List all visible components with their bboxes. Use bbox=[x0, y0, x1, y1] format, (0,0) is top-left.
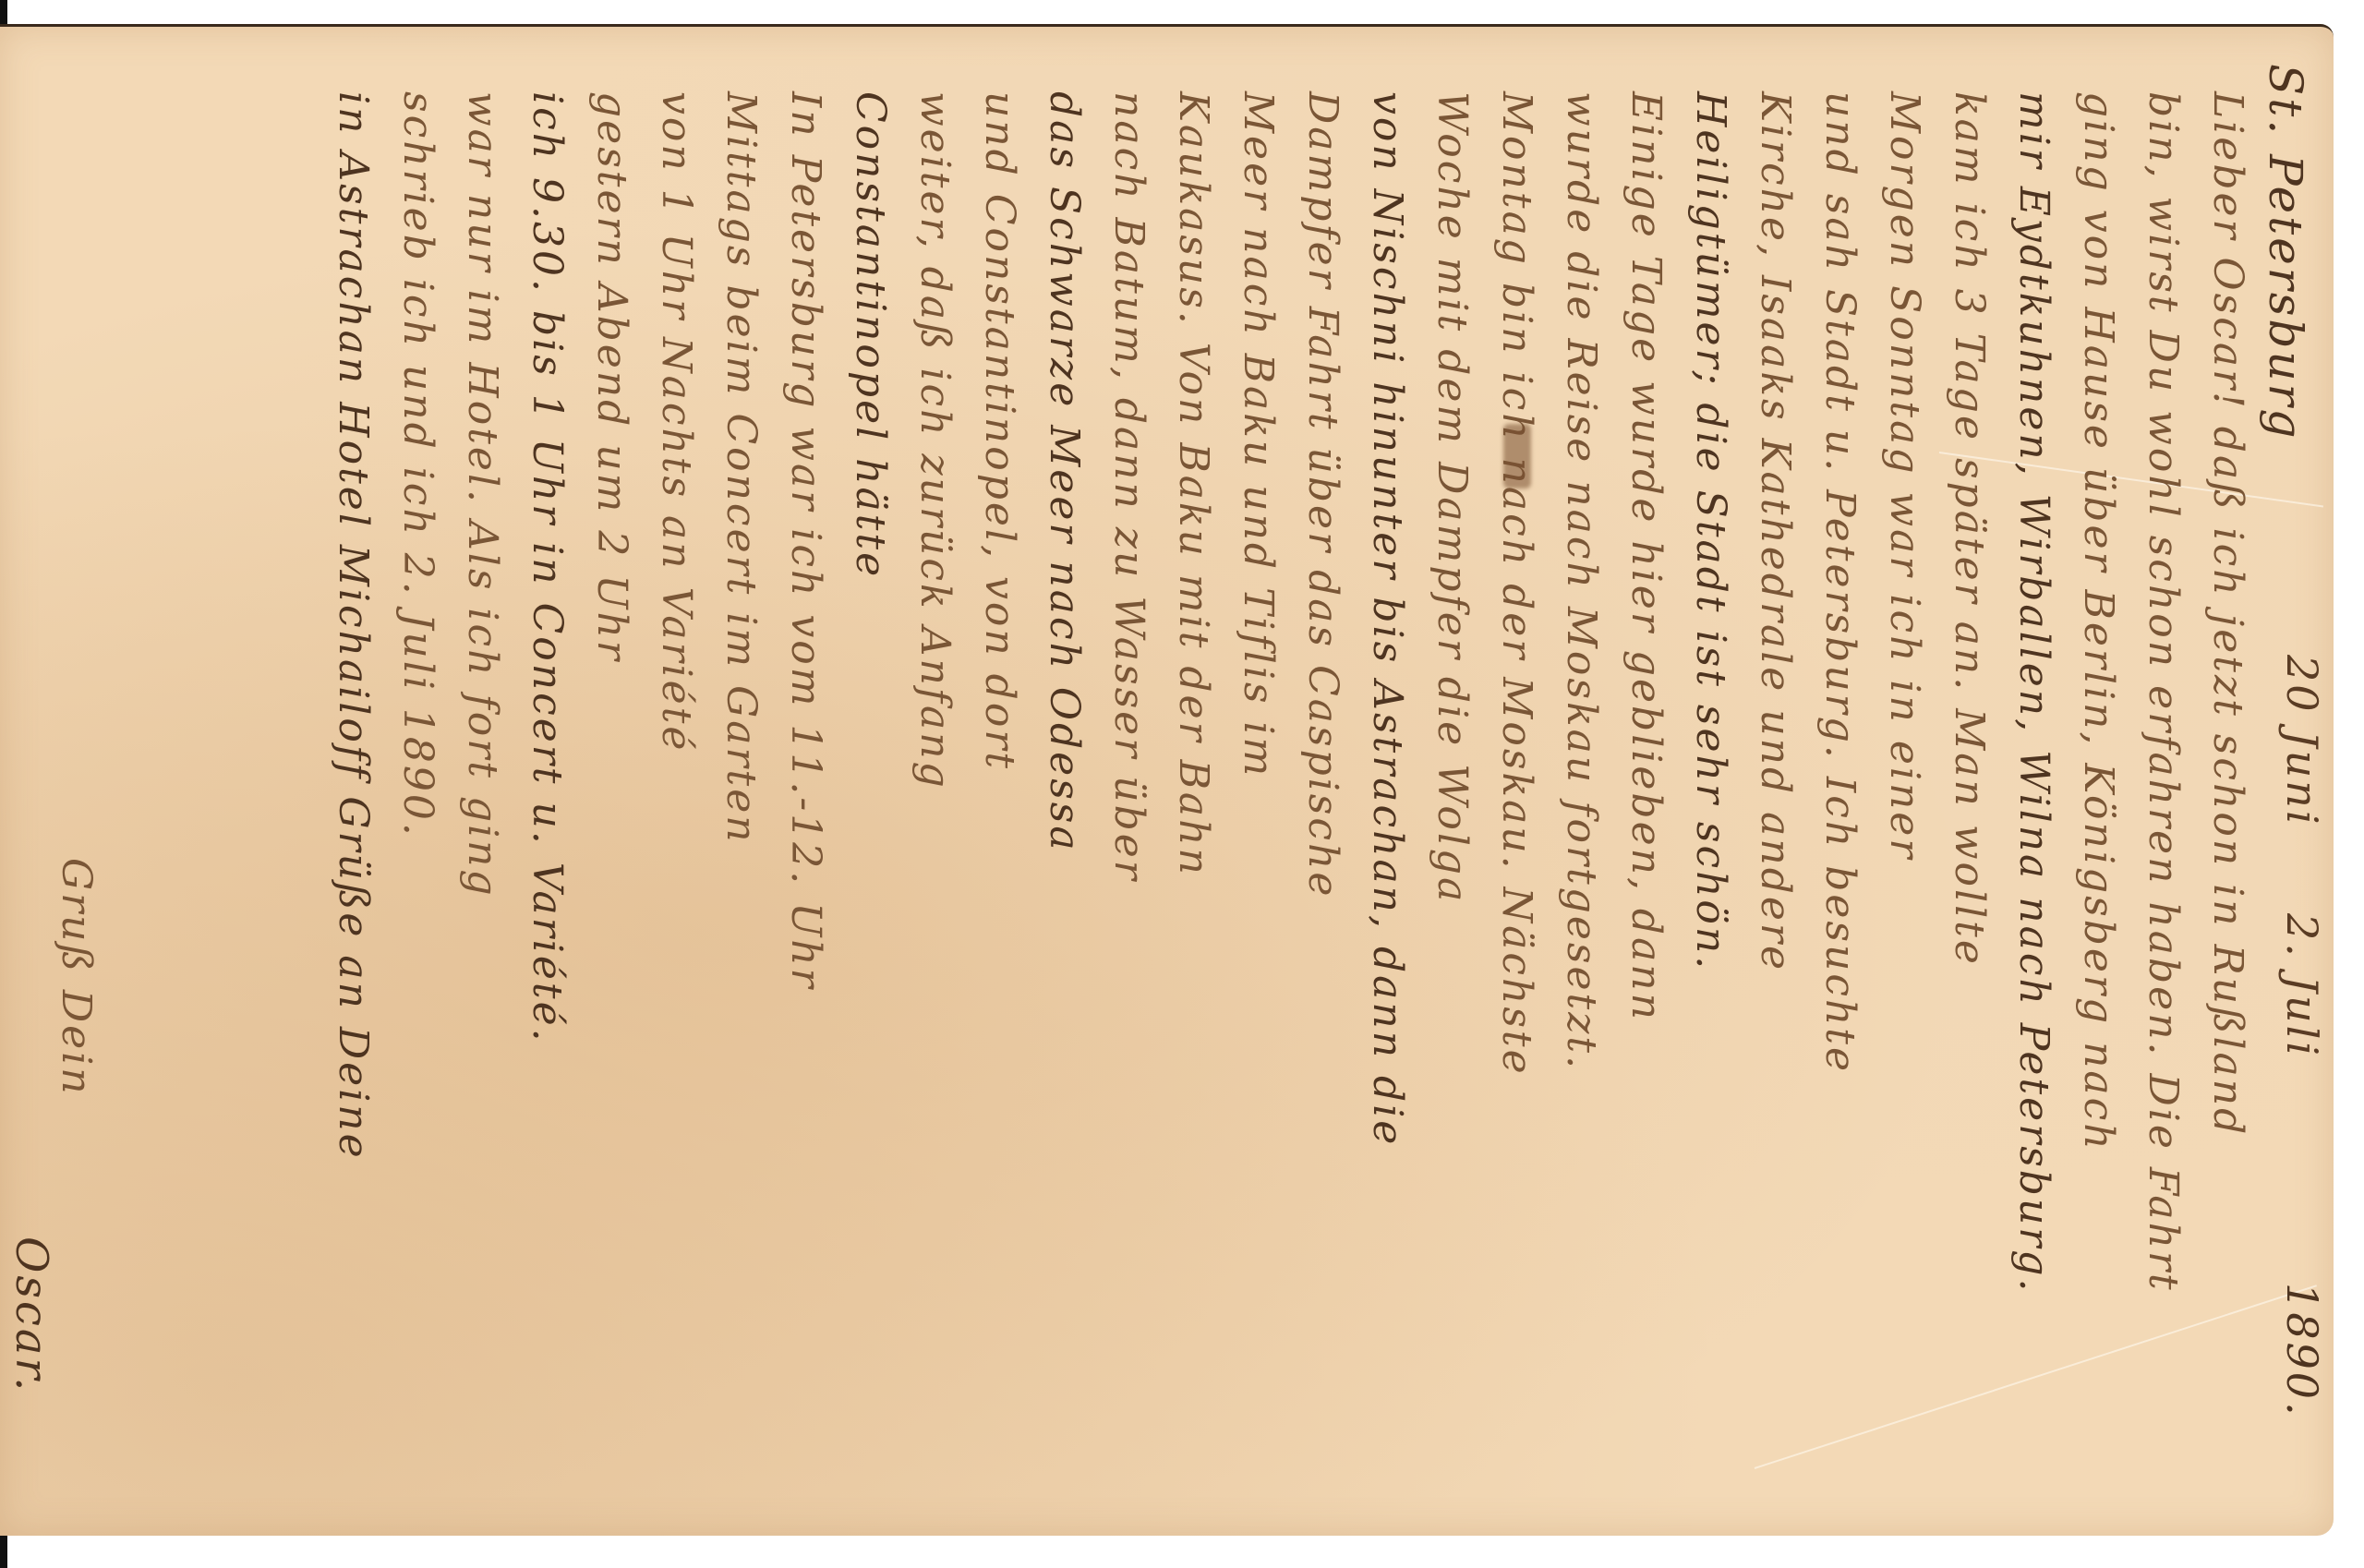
body-line: bin, wirst Du wohl schon erfahren haben.… bbox=[2142, 91, 2183, 1293]
body-line: von Nischni hinunter bis Astrachan, dann… bbox=[1367, 91, 1407, 1147]
body-line: ging von Hause über Berlin, Königsberg n… bbox=[2078, 91, 2118, 1152]
body-line: gestern Abend um 2 Uhr bbox=[591, 91, 632, 663]
closing-greeting: Gruß Dein bbox=[55, 858, 96, 1097]
date-new-style: 2. Juli bbox=[2277, 913, 2327, 1058]
body-line: Heiligtümer; die Stadt ist sehr schön. bbox=[1690, 91, 1731, 971]
body-line: Kirche, Isaaks Kathedrale und andere bbox=[1755, 91, 1795, 972]
body-line: mir Eydtkuhnen, Wirballen, Wilna nach Pe… bbox=[2013, 91, 2054, 1295]
body-line: Kaukasus. Von Baku mit der Bahn bbox=[1173, 91, 1213, 877]
paper-crease bbox=[1939, 452, 2323, 507]
postcard: St. Petersburg 20 Juni 2. Juli 1890. Lie… bbox=[0, 24, 2334, 1536]
body-line: war nur im Hotel. Als ich fort ging bbox=[462, 91, 502, 899]
body-line: und sah Stadt u. Petersburg. Ich besucht… bbox=[1819, 91, 1860, 1074]
body-line: schrieb ich und ich 2. Juli 1890. bbox=[397, 91, 438, 838]
body-line: wurde die Reise nach Moskau fortgesetzt. bbox=[1561, 91, 1601, 1071]
body-line: weiter, daß ich zurück Anfang bbox=[914, 91, 955, 790]
body-line: Morgen Sonntag war ich in einer bbox=[1884, 91, 1924, 861]
body-line: Lieber Oscar! daß ich jetzt schon in Ruß… bbox=[2207, 91, 2248, 1137]
paper-crease bbox=[1755, 1285, 2317, 1469]
header-year: 1890. bbox=[2281, 1283, 2323, 1418]
body-line: Meer nach Baku und Tiflis im bbox=[1237, 91, 1278, 778]
ink-smudge bbox=[1503, 424, 1531, 488]
body-line: In Petersburg war ich vom 11.-12. Uhr bbox=[785, 91, 826, 991]
place-text: St. Petersburg bbox=[2259, 64, 2312, 440]
header-place: St. Petersburg bbox=[2262, 64, 2309, 440]
signature: Oscar. bbox=[9, 1236, 54, 1393]
date-old-style: 20 Juni bbox=[2277, 655, 2327, 827]
body-line: nach Batum, dann zu Wasser über bbox=[1108, 91, 1149, 883]
body-line: in Astrachan Hotel Michailoff Grüße an D… bbox=[332, 91, 373, 1161]
body-line: von 1 Uhr Nachts an Variété bbox=[656, 91, 696, 753]
body-line: das Schwarze Meer nach Odessa bbox=[1043, 91, 1084, 853]
body-line: Constantinopel hätte bbox=[850, 91, 890, 579]
header-date-new: 2. Juli bbox=[2281, 913, 2323, 1058]
header-date-old: 20 Juni bbox=[2281, 655, 2323, 827]
body-line: Woche mit dem Dampfer die Wolga bbox=[1431, 91, 1472, 904]
body-line: und Constantinopel, von dort bbox=[979, 91, 1019, 771]
body-line: Montag bin ich nach der Moskau. Nächste bbox=[1496, 91, 1537, 1077]
body-line: Einige Tage wurde hier geblieben, dann bbox=[1625, 91, 1666, 1022]
body-line: Mittags beim Concert im Garten bbox=[720, 91, 761, 845]
year-text: 1890. bbox=[2277, 1283, 2327, 1418]
body-line: ich 9.30. bis 1 Uhr in Concert u. Variét… bbox=[526, 91, 567, 1044]
body-line: Dampfer Fahrt über das Caspische bbox=[1302, 91, 1343, 899]
scan-edge-bottom bbox=[0, 1535, 7, 1568]
body-line: kam ich 3 Tage später an. Man wollte bbox=[1948, 91, 1989, 967]
